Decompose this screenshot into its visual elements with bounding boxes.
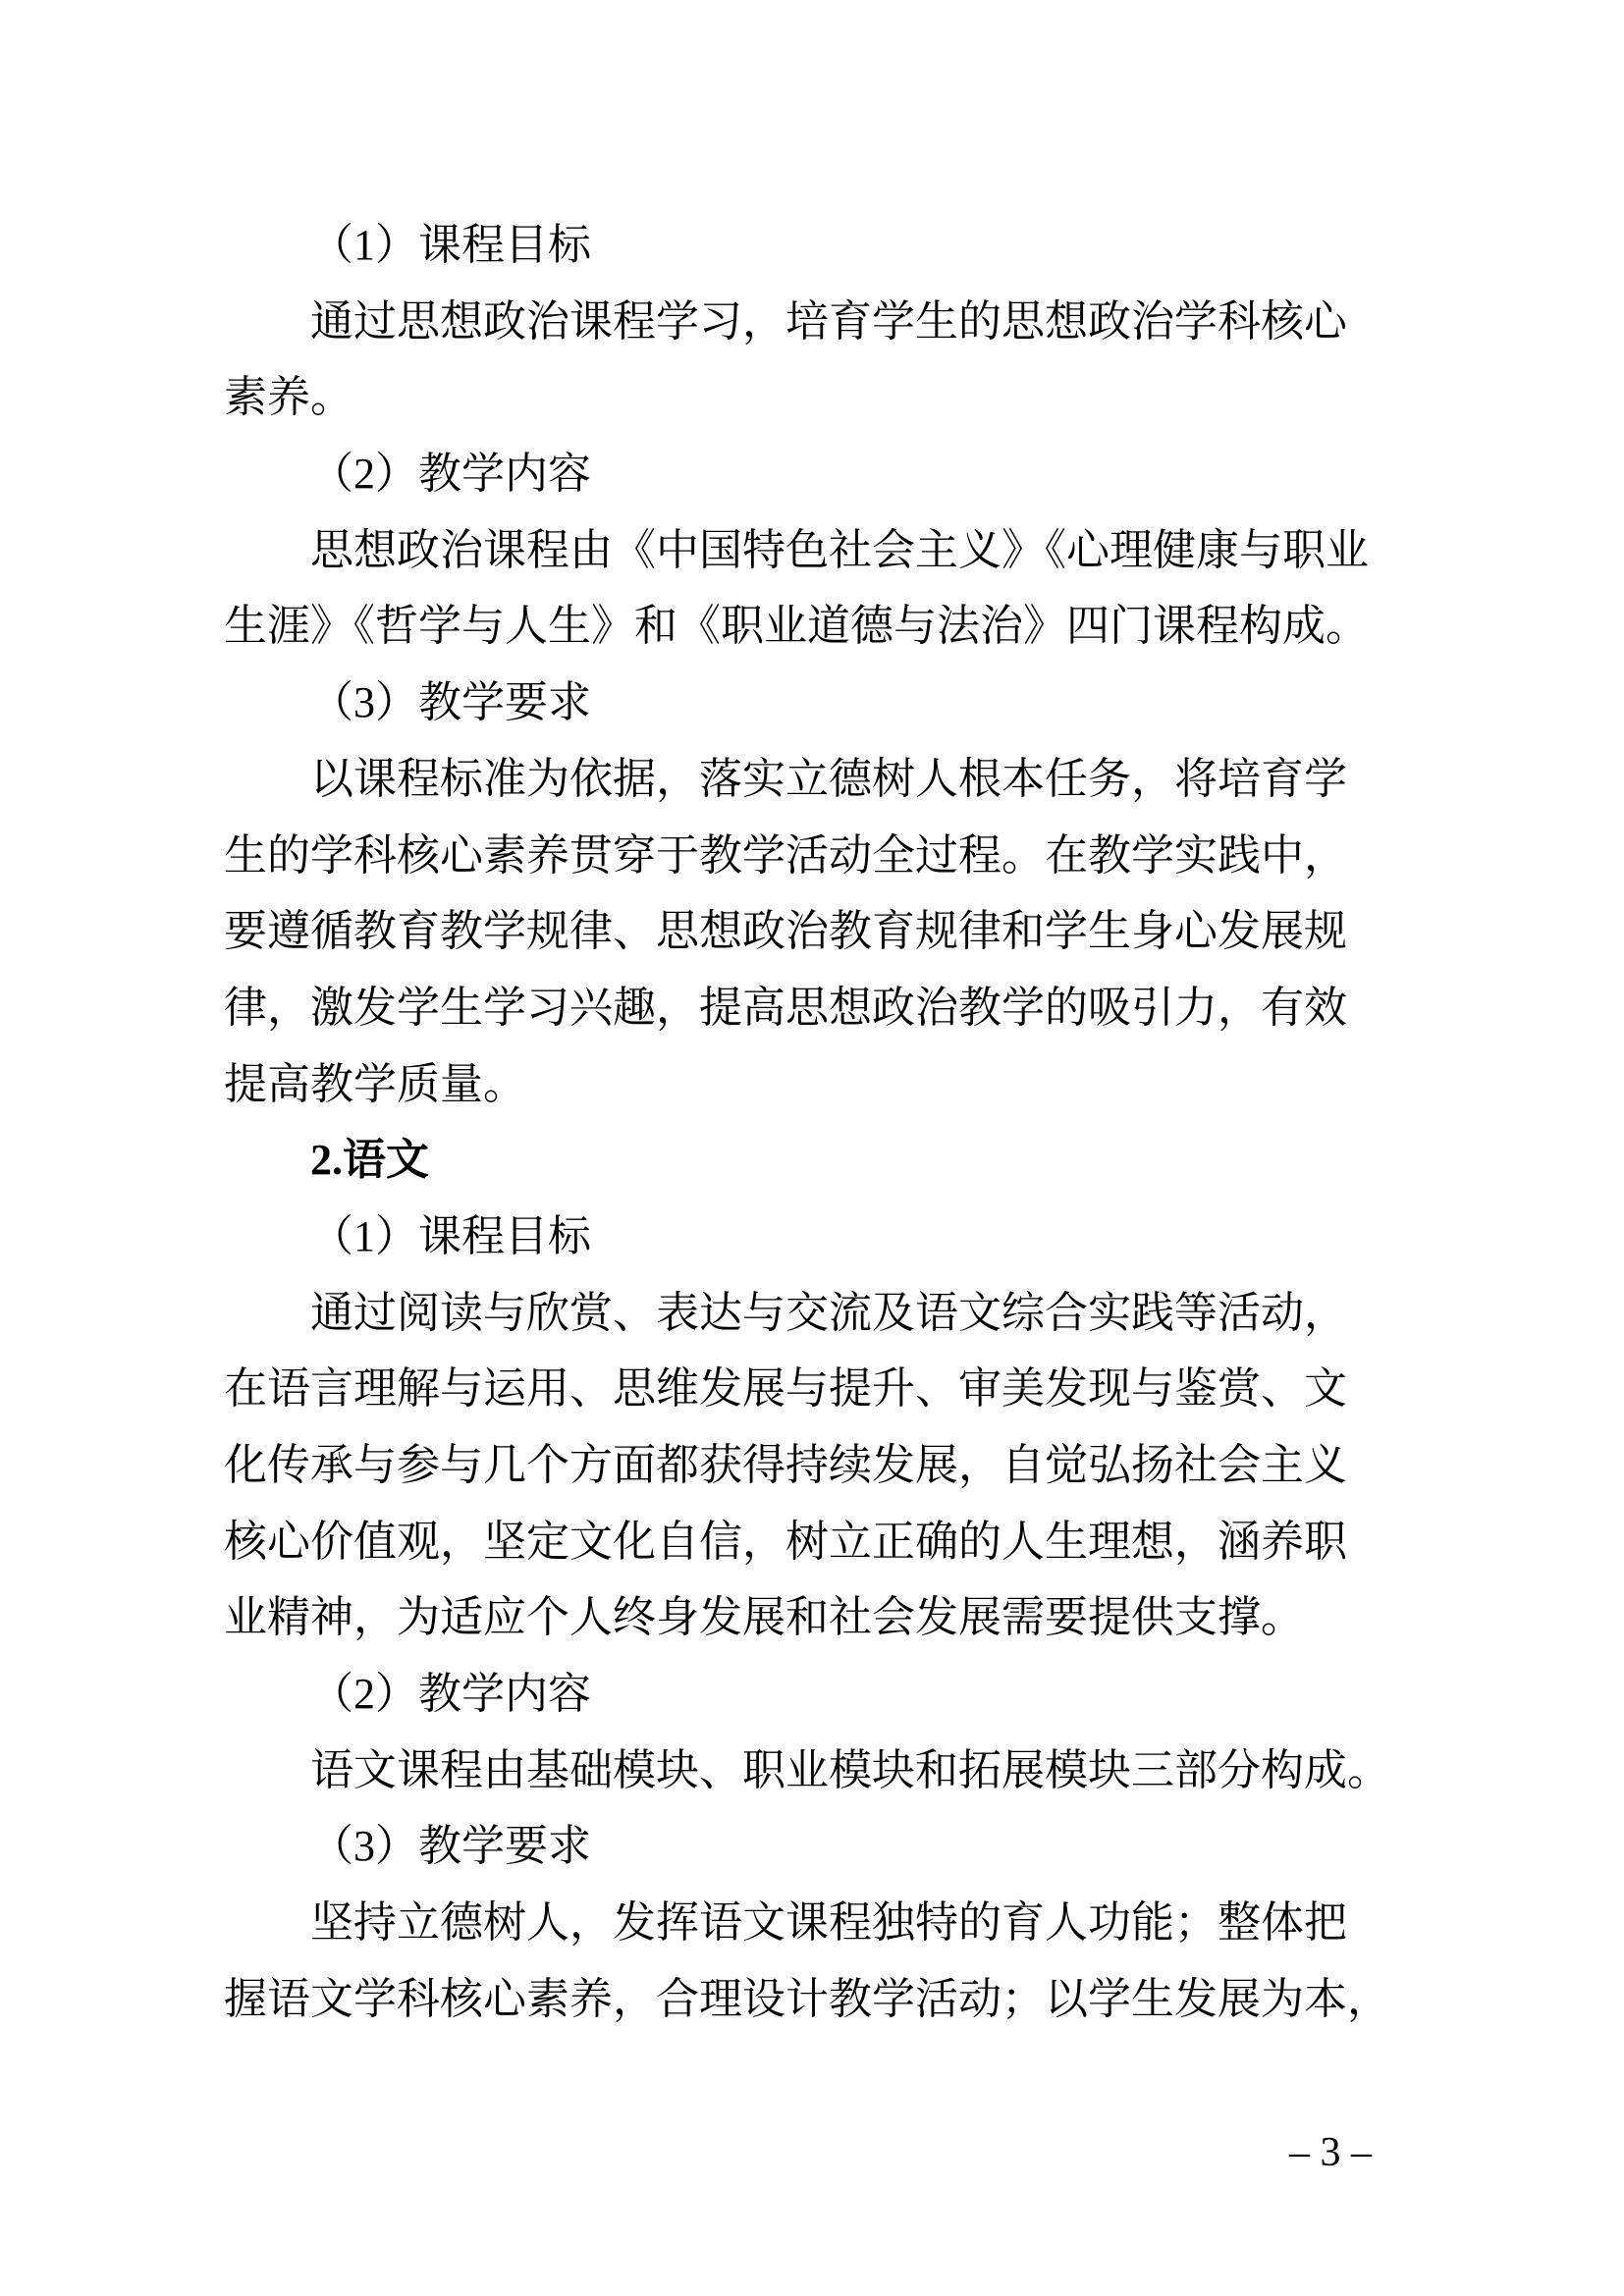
document-page: （1）课程目标 通过思想政治课程学习，培育学生的思想政治学科核心 素养。 （2）… (0, 0, 1624, 2296)
document-text-block: （1）课程目标 通过思想政治课程学习，培育学生的思想政治学科核心 素养。 （2）… (224, 207, 1461, 2038)
doc-line: 提高教学质量。 (224, 1046, 1461, 1123)
heading-subject-chinese: 2.语文 (224, 1122, 1461, 1199)
heading-course-goal: （1）课程目标 (224, 207, 1461, 284)
doc-line: 化传承与参与几个方面都获得持续发展，自觉弘扬社会主义 (224, 1427, 1461, 1504)
doc-line: 坚持立德树人，发挥语文课程独特的育人功能；整体把 (224, 1885, 1461, 1961)
doc-line: 语文课程由基础模块、职业模块和拓展模块三部分构成。 (224, 1733, 1461, 1809)
doc-line: 思想政治课程由《中国特色社会主义》《心理健康与职业 (224, 512, 1461, 589)
heading-teaching-requirements: （3）教学要求 (224, 1808, 1461, 1885)
doc-line: 在语言理解与运用、思维发展与提升、审美发现与鉴赏、文 (224, 1351, 1461, 1427)
doc-line: 业精神，为适应个人终身发展和社会发展需要提供支撑。 (224, 1579, 1461, 1656)
doc-line: 握语文学科核心素养，合理设计教学活动；以学生发展为本， (224, 1961, 1461, 2038)
heading-teaching-content: （2）教学内容 (224, 436, 1461, 512)
doc-line: 律，激发学生学习兴趣，提高思想政治教学的吸引力，有效 (224, 970, 1461, 1046)
doc-line: 以课程标准为依据，落实立德树人根本任务，将培育学 (224, 741, 1461, 818)
doc-line: 通过阅读与欣赏、表达与交流及语文综合实践等活动， (224, 1275, 1461, 1352)
doc-line: 生涯》《哲学与人生》和《职业道德与法治》四门课程构成。 (224, 588, 1461, 665)
doc-line: 要遵循教育教学规律、思想政治教育规律和学生身心发展规 (224, 893, 1461, 970)
heading-teaching-requirements: （3）教学要求 (224, 665, 1461, 741)
doc-line: 生的学科核心素养贯穿于教学活动全过程。在教学实践中， (224, 818, 1461, 894)
doc-line: 通过思想政治课程学习，培育学生的思想政治学科核心 (224, 284, 1461, 360)
heading-course-goal: （1）课程目标 (224, 1199, 1461, 1275)
doc-line: 素养。 (224, 359, 1461, 436)
doc-line: 核心价值观，坚定文化自信，树立正确的人生理想，涵养职 (224, 1504, 1461, 1580)
page-number: – 3 – (1262, 2128, 1399, 2177)
heading-teaching-content: （2）教学内容 (224, 1656, 1461, 1733)
